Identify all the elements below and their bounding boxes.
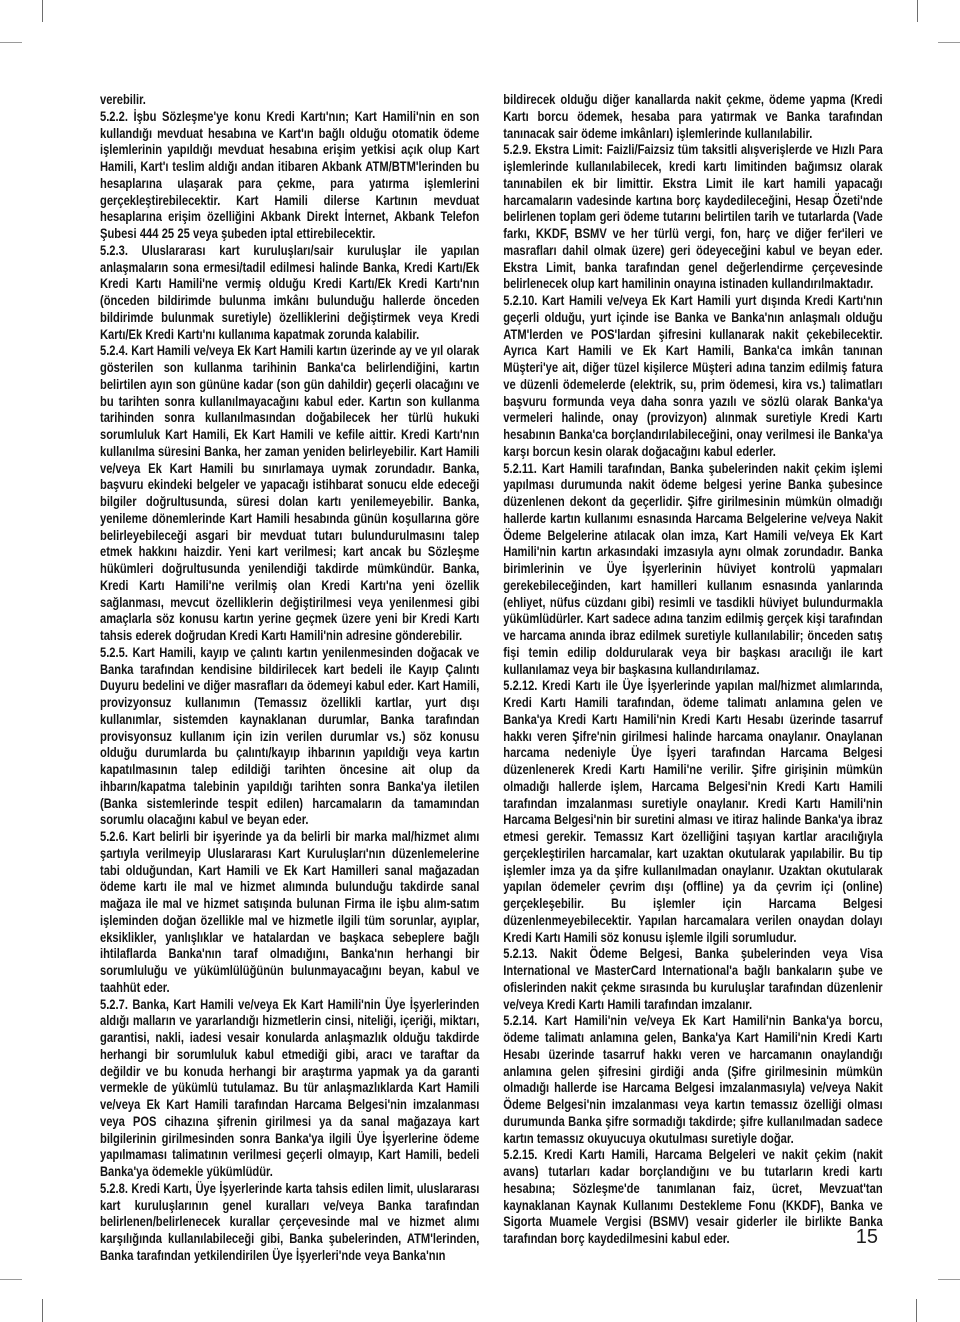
document-body: verebilir. 5.2.2. İşbu Sözleşme'ye konu … (100, 91, 883, 1264)
paragraph-5-2-2: 5.2.2. İşbu Sözleşme'ye konu Kredi Kartı… (100, 108, 479, 242)
paragraph-5-2-12: 5.2.12. Kredi Kartı ile Üye İşyerlerinde… (503, 677, 882, 945)
paragraph-5-2-14: 5.2.14. Kart Hamili'nin ve/veya Ek Kart … (503, 1012, 882, 1146)
paragraph-5-2-13: 5.2.13. Nakit Ödeme Belgesi, Banka şubel… (503, 945, 882, 1012)
paragraph-5-2-5: 5.2.5. Kart Hamili, kayıp ve çalıntı kar… (100, 644, 479, 828)
paragraph-5-2-3: 5.2.3. Uluslararası kart kuruluşları/sai… (100, 242, 479, 343)
paragraph-5-2-15: 5.2.15. Kredi Kartı Hamili, Harcama Belg… (503, 1146, 882, 1247)
paragraph-5-2-10: 5.2.10. Kart Hamili ve/veya Ek Kart Hami… (503, 292, 882, 460)
crop-mark-top-left-vertical (42, 0, 43, 22)
paragraph-5-2-7: 5.2.7. Banka, Kart Hamili ve/veya Ek Kar… (100, 996, 479, 1180)
paragraph-5-2-4: 5.2.4. Kart Hamili ve/veya Ek Kart Hamil… (100, 342, 479, 644)
paragraph-continuation: bildirecek olduğu diğer kanallarda nakit… (503, 91, 882, 141)
paragraph-continuation: verebilir. (100, 91, 479, 108)
paragraph-5-2-6: 5.2.6. Kart belirli bir işyerinde ya da … (100, 828, 479, 996)
page-number: 15 (830, 1226, 878, 1249)
crop-mark-top-left-horizontal (0, 42, 22, 43)
crop-mark-bottom-right-vertical (916, 1299, 917, 1322)
paragraph-5-2-8: 5.2.8. Kredi Kartı, Üye İşyerlerinde kar… (100, 1180, 479, 1264)
crop-mark-bottom-right-horizontal (938, 1279, 960, 1280)
crop-mark-top-right-horizontal (938, 42, 960, 43)
crop-mark-top-right-vertical (917, 0, 918, 22)
crop-mark-bottom-left-horizontal (0, 1279, 22, 1280)
paragraph-5-2-11: 5.2.11. Kart Hamili tarafından, Banka şu… (503, 460, 882, 678)
text-column-left: verebilir. 5.2.2. İşbu Sözleşme'ye konu … (100, 91, 479, 1264)
text-column-right: bildirecek olduğu diğer kanallarda nakit… (503, 91, 882, 1264)
crop-mark-bottom-left-vertical (42, 1299, 43, 1322)
paragraph-5-2-9: 5.2.9. Ekstra Limit: Faizli/Faizsiz tüm … (503, 141, 882, 292)
